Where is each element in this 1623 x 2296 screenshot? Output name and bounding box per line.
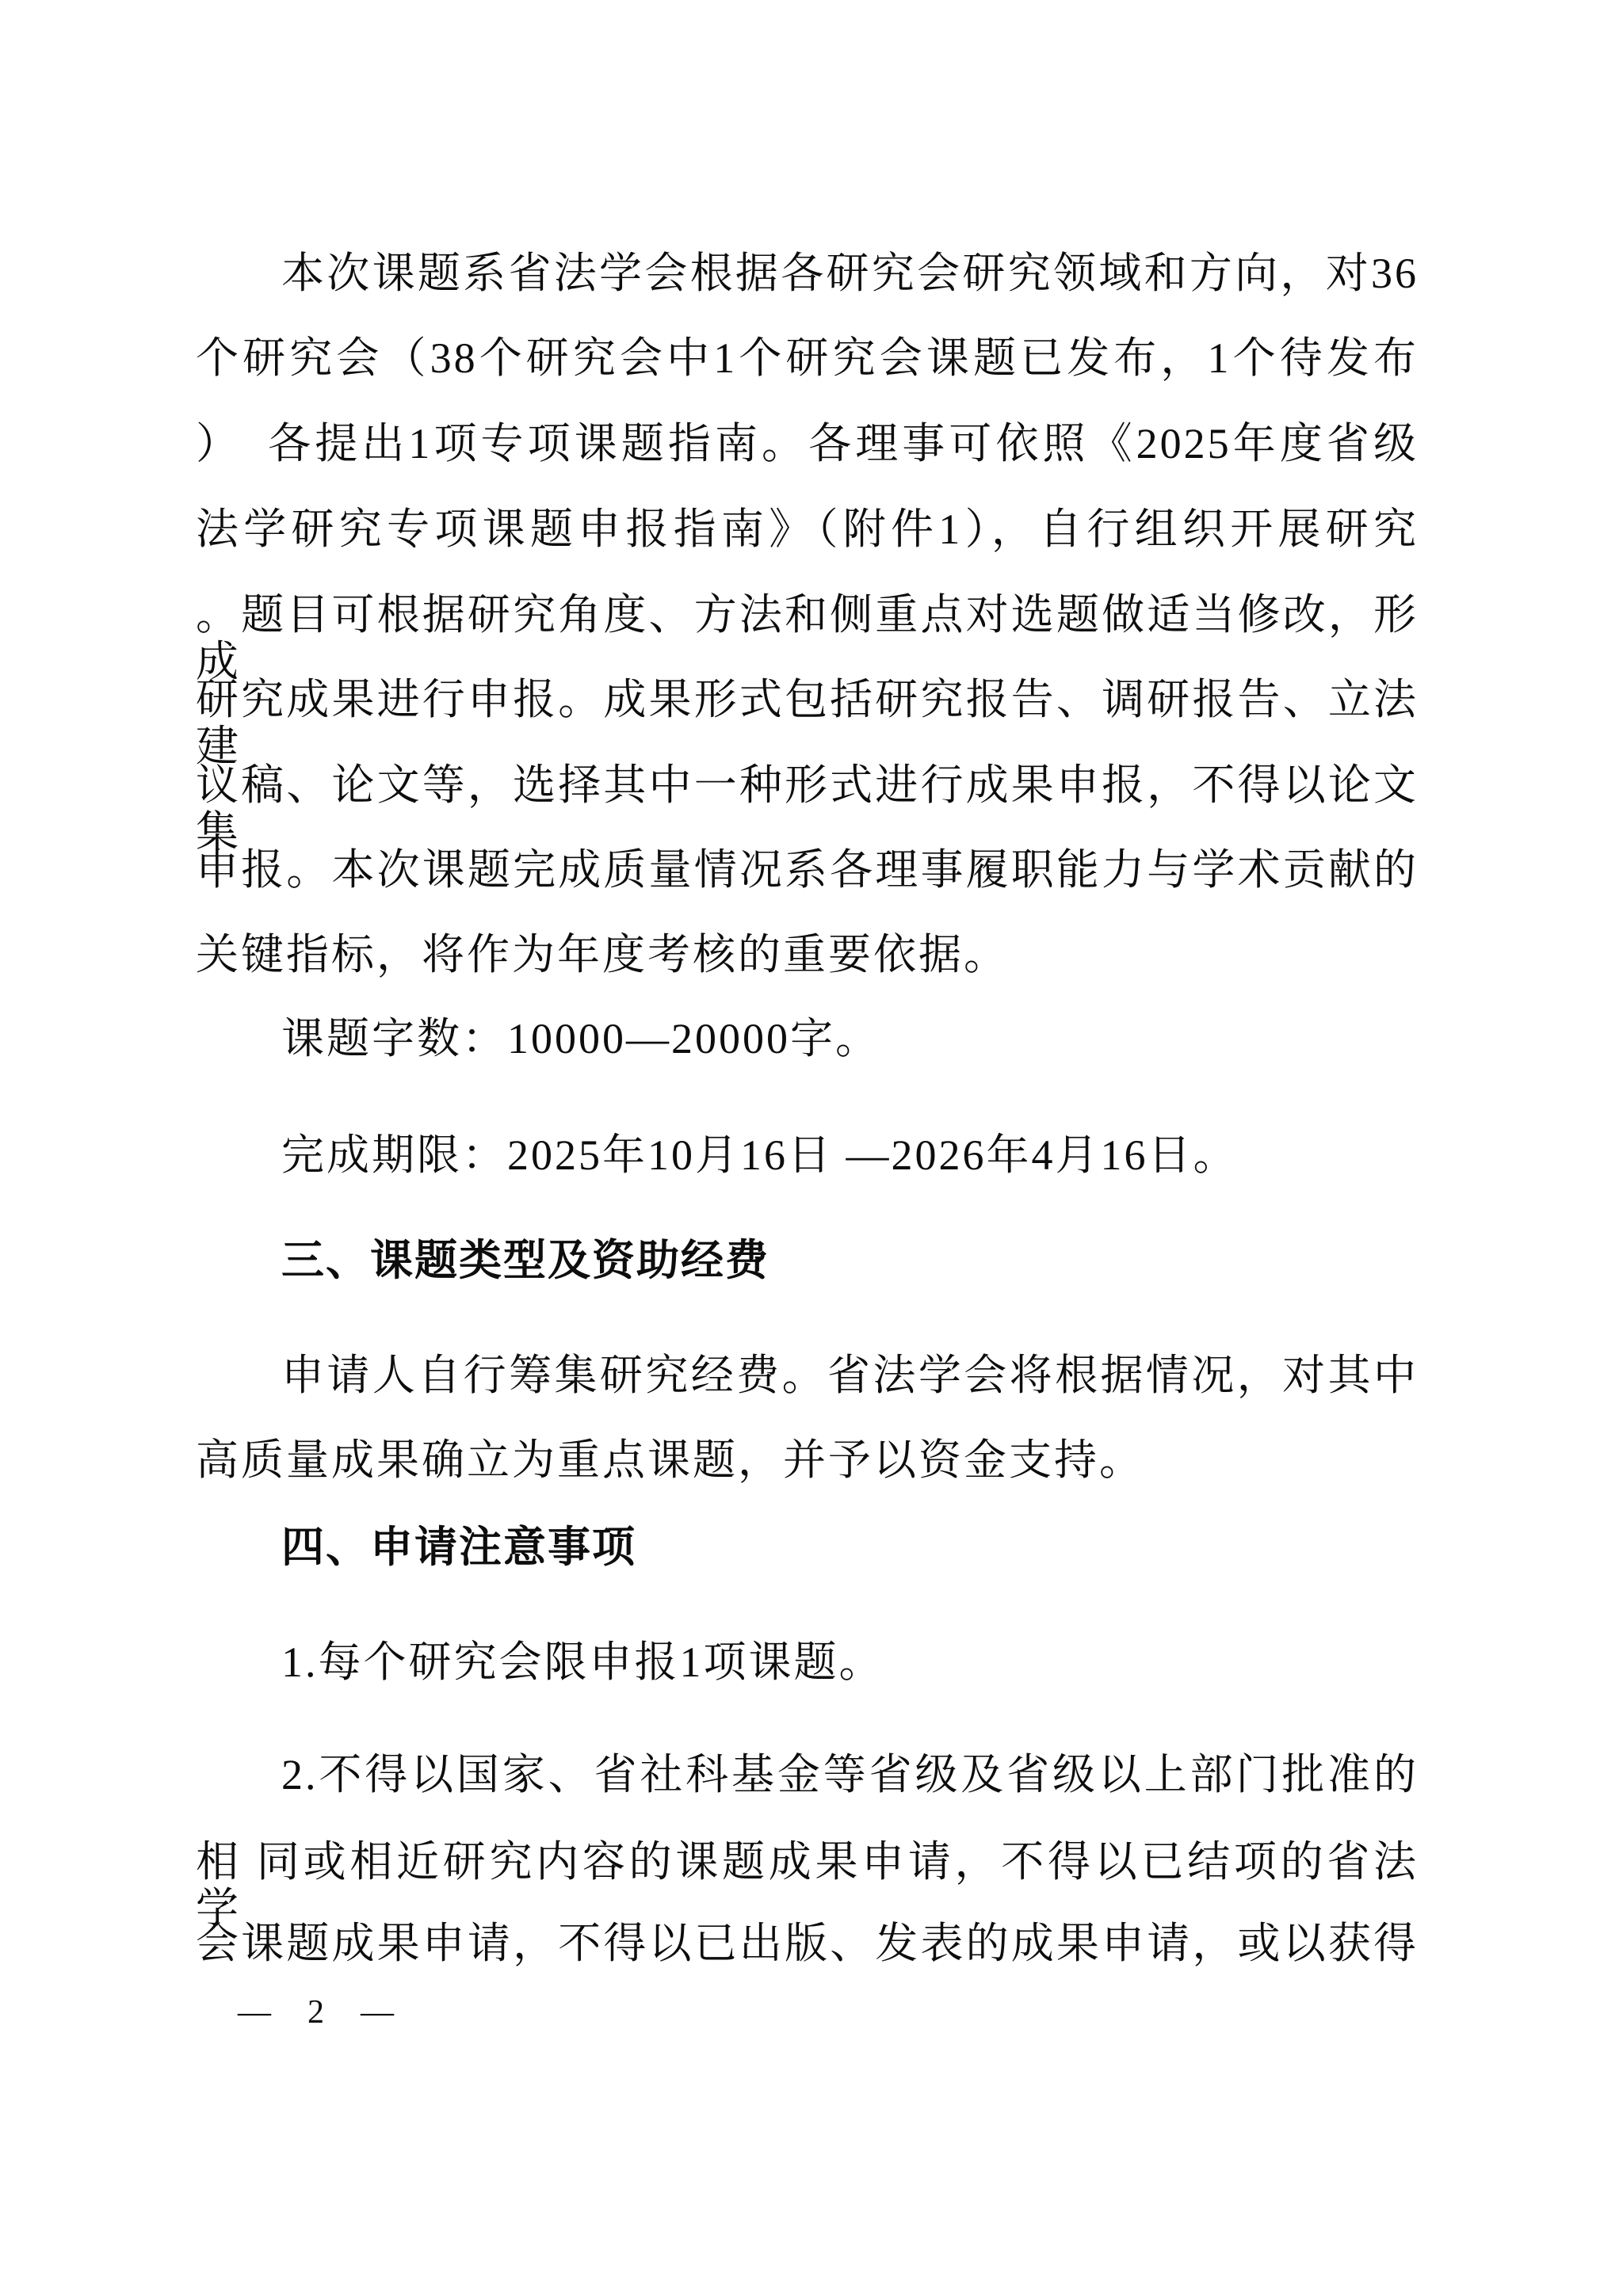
document-page: 本次课题系省法学会根据各研究会研究领域和方向，对36 个研究会（38个研究会中1… xyxy=(0,0,1623,2296)
note-item-2-line-3: 会课题成果申请，不得以已出版、发表的成果申请，或以获得 xyxy=(196,1920,1419,1967)
word-count-line: 课题字数：10000—20000字。 xyxy=(196,1016,1419,1062)
note-item-1: 1.每个研究会限申报1项课题。 xyxy=(196,1639,1419,1686)
note-item-2-line-1: 2.不得以国家、省社科基金等省级及省级以上部门批准的 xyxy=(196,1752,1419,1798)
paragraph-overview-line-2: 个研究会（38个研究会中1个研究会课题已发布，1个待发布 xyxy=(196,335,1419,382)
paragraph-overview-line-5: 。题目可根据研究角度、方法和侧重点对选题做适当修改，形成 xyxy=(196,592,1419,686)
paragraph-funding-line-2: 高质量成果确立为重点课题，并予以资金支持。 xyxy=(196,1437,1419,1484)
paragraph-funding-line-1: 申请人自行筹集研究经费。省法学会将根据情况，对其中 xyxy=(196,1352,1419,1399)
paragraph-overview-line-8: 申报。本次课题完成质量情况系各理事履职能力与学术贡献的 xyxy=(196,847,1419,894)
paragraph-overview-line-6: 研究成果进行申报。成果形式包括研究报告、调研报告、立法建 xyxy=(196,677,1419,771)
paragraph-overview-line-4: 法学研究专项课题申报指南》（附件1），自行组织开展研究 xyxy=(196,506,1419,553)
paragraph-overview-line-1: 本次课题系省法学会根据各研究会研究领域和方向，对36 xyxy=(196,250,1419,297)
section-heading-3-funding: 三、课题类型及资助经费 xyxy=(196,1238,1419,1284)
deadline-line: 完成期限：2025年10月16日 —2026年4月16日。 xyxy=(196,1132,1419,1179)
paragraph-overview-line-9: 关键指标，将作为年度考核的重要依据。 xyxy=(196,932,1419,978)
page-number-footer: — 2 — xyxy=(238,1994,395,2031)
section-heading-4-notes: 四、申请注意事项 xyxy=(196,1524,1419,1571)
paragraph-overview-line-7: 议稿、论文等，选择其中一种形式进行成果申报，不得以论文集 xyxy=(196,762,1419,856)
note-item-2-line-2: 相 同或相近研究内容的课题成果申请，不得以已结项的省法学 xyxy=(196,1839,1419,1933)
paragraph-overview-line-3: ） 各提出1项专项课题指南。各理事可依照《2025年度省级 xyxy=(196,421,1419,467)
